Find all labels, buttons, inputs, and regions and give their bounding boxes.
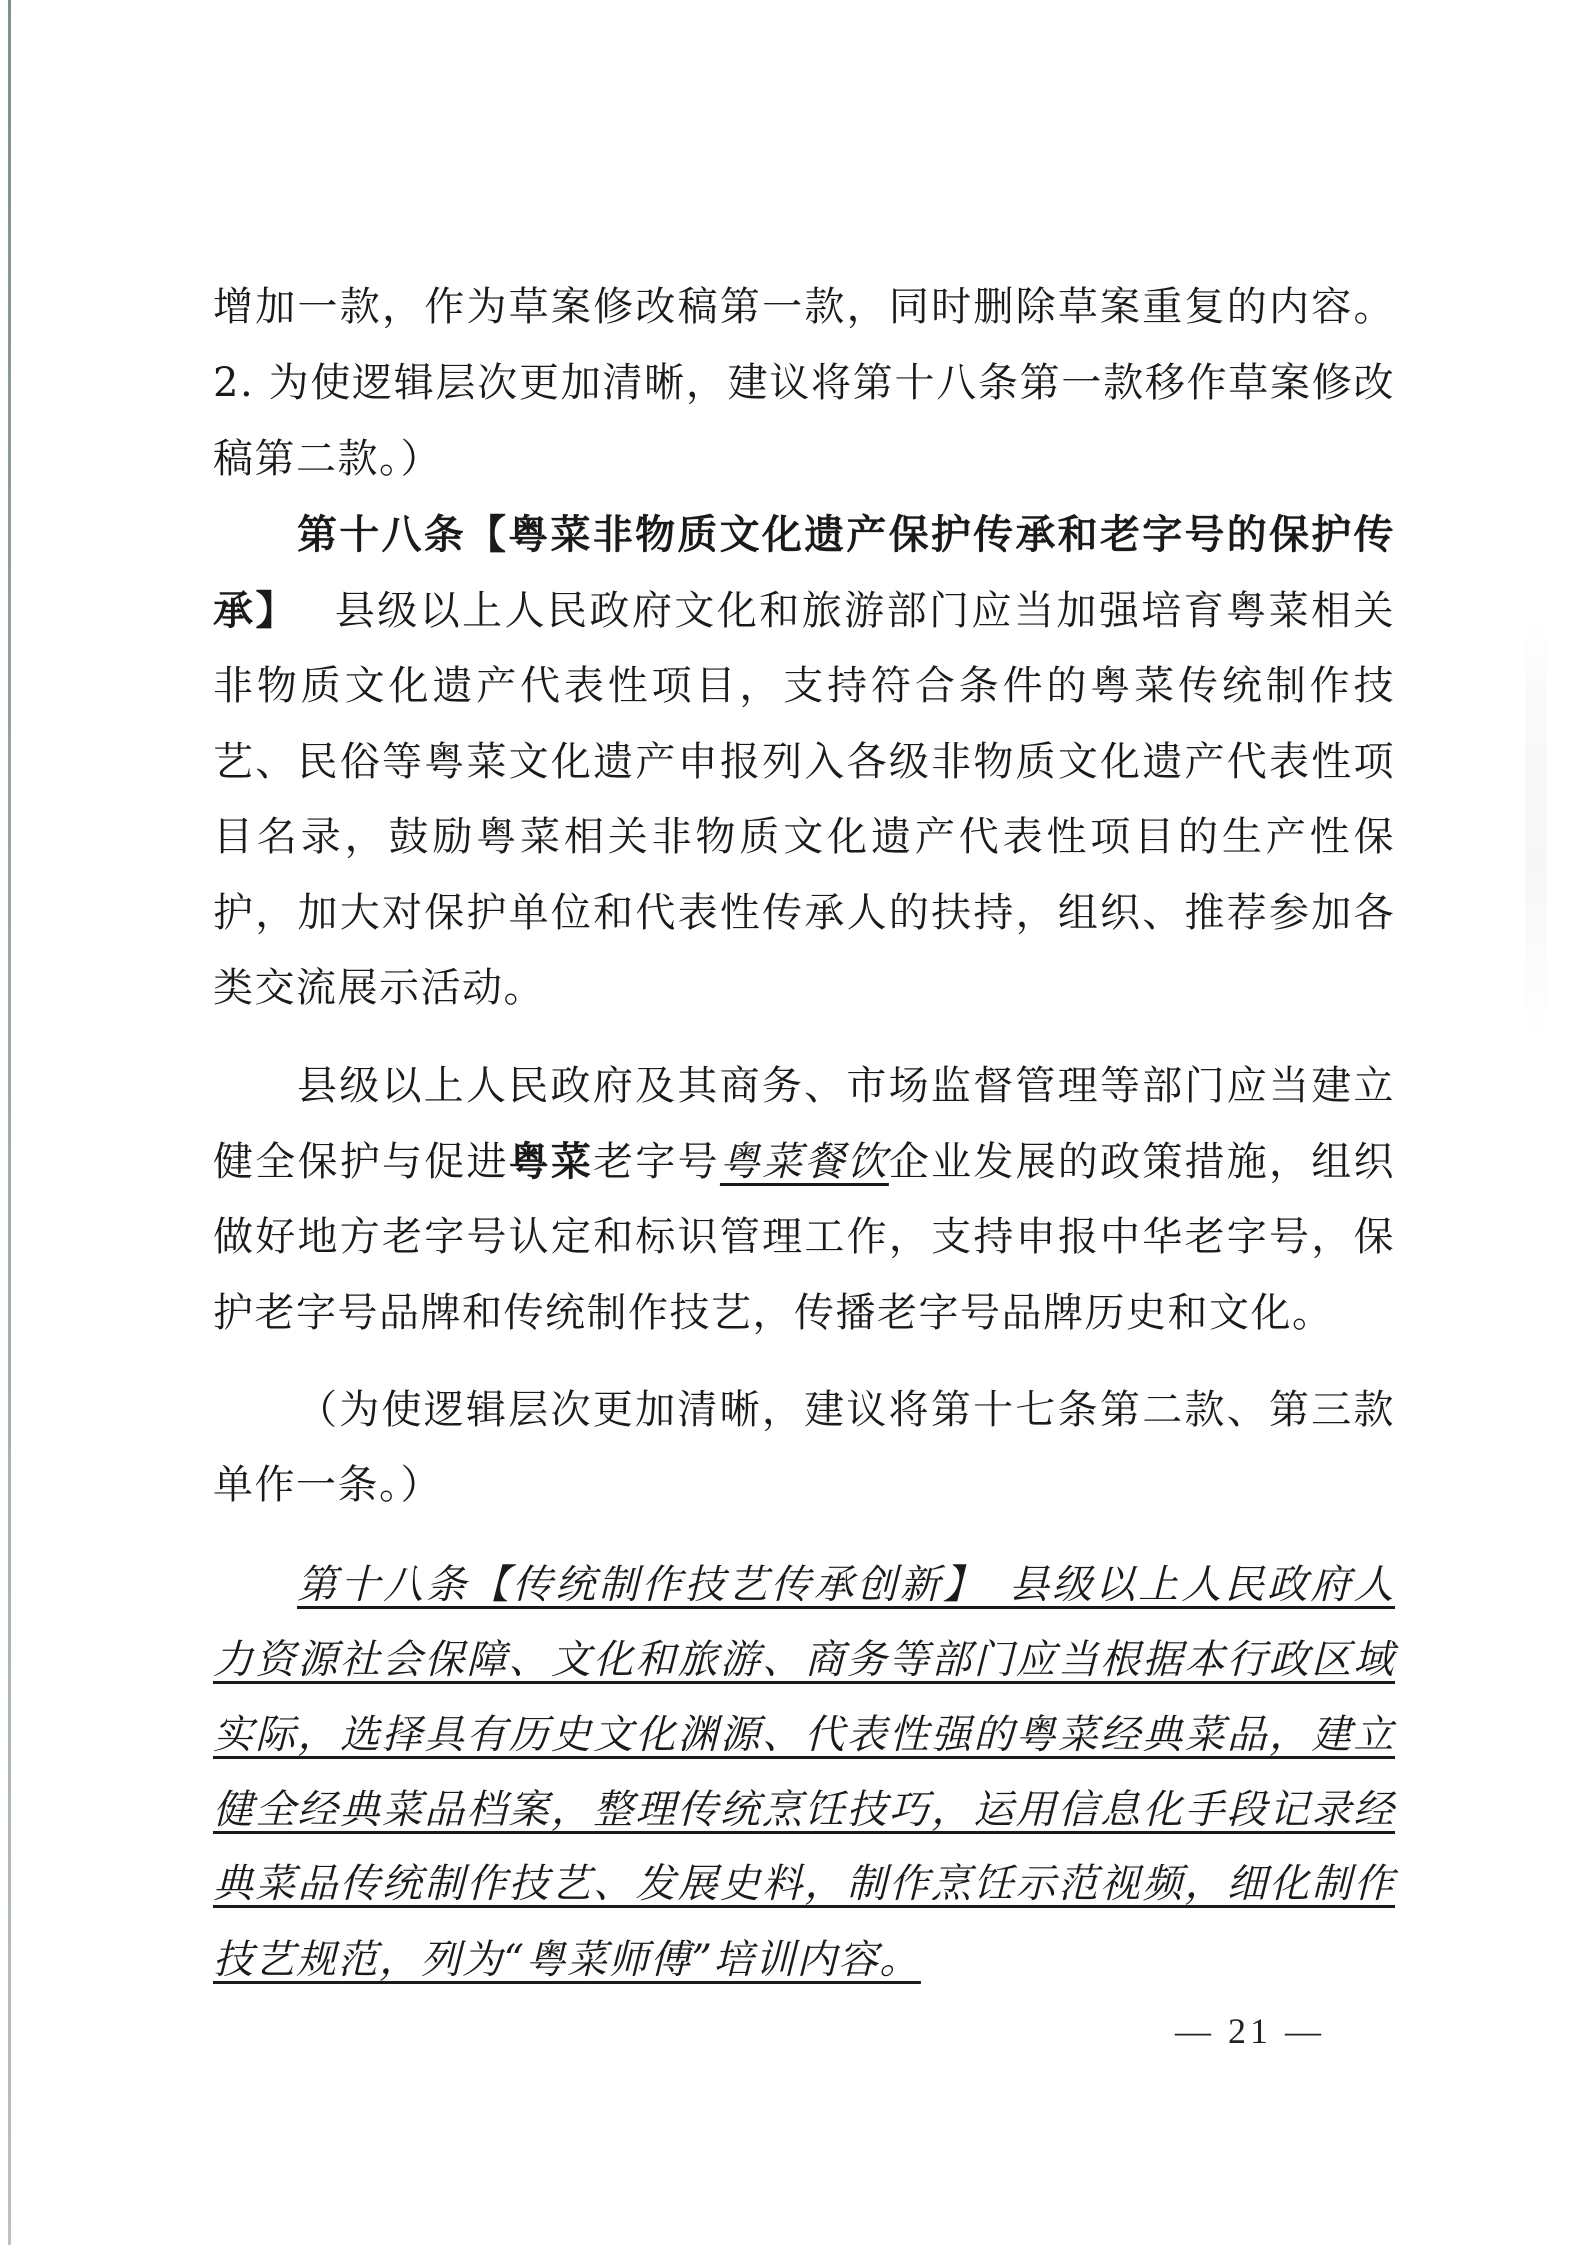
article-18-line-5: 目名录，鼓励粤菜相关非物质文化遗产代表性项目的生产性保	[213, 799, 1395, 875]
binding-edge-line	[8, 0, 11, 2245]
new-article-18-heading: 第十八条【传统制作技艺传承创新】 县级以上人民政府人	[297, 1562, 1395, 1608]
paragraph-3-line-4: 护老字号品牌和传统制作技艺，传播老字号品牌历史和文化。	[213, 1275, 1395, 1351]
note-continuation-line-2: 2. 为使逻辑层次更加清晰，建议将第十八条第一款移作草案修改	[213, 345, 1395, 421]
paragraph-3-text-c: 企业发展的政策措施，组织	[889, 1139, 1395, 1185]
note-line-1: （为使逻辑层次更加清晰，建议将第十七条第二款、第三款	[213, 1372, 1395, 1448]
new-article-18-text: 典菜品传统制作技艺、发展史料，制作烹饪示范视频，细化制作	[213, 1861, 1395, 1907]
new-article-18-line-2: 力资源社会保障、文化和旅游、商务等部门应当根据本行政区域	[213, 1622, 1395, 1698]
new-article-18-line-3: 实际，选择具有历史文化渊源、代表性强的粤菜经典菜品，建立	[213, 1697, 1395, 1773]
article-18-heading-tail: 承】	[213, 588, 298, 634]
inserted-text: 粤菜餐饮	[720, 1139, 889, 1185]
paragraph-3-line-2: 健全保护与促进粤菜老字号粤菜餐饮企业发展的政策措施，组织	[213, 1124, 1395, 1200]
note-line-2: 单作一条。）	[213, 1447, 1395, 1523]
paragraph-3-line-3: 做好地方老字号认定和标识管理工作，支持申报中华老字号，保	[213, 1199, 1395, 1275]
paragraph-3-line-1: 县级以上人民政府及其商务、市场监督管理等部门应当建立	[213, 1048, 1395, 1124]
article-18-heading: 第十八条【粤菜非物质文化遗产保护传承和老字号的保护传	[213, 497, 1395, 573]
new-article-18-line-4: 健全经典菜品档案，整理传统烹饪技巧，运用信息化手段记录经	[213, 1772, 1395, 1848]
new-article-18-text: 实际，选择具有历史文化渊源、代表性强的粤菜经典菜品，建立	[213, 1712, 1395, 1758]
paragraph-3-text-a: 健全保护与促进	[213, 1139, 509, 1185]
article-18-line-2: 承】县级以上人民政府文化和旅游部门应当加强培育粤菜相关	[213, 573, 1395, 649]
article-18-line-7: 类交流展示活动。	[213, 950, 1395, 1026]
new-article-18-text: 技艺规范，列为“粤菜师傅”培训内容。	[213, 1937, 921, 1983]
new-article-18-text: 健全经典菜品档案，整理传统烹饪技巧，运用信息化手段记录经	[213, 1787, 1395, 1833]
bleed-through-shadow	[1525, 620, 1547, 1040]
deleted-text: 粤菜	[509, 1139, 593, 1185]
new-article-18-line-1: 第十八条【传统制作技艺传承创新】 县级以上人民政府人	[213, 1547, 1395, 1623]
paragraph-3-text-b: 老字号	[593, 1139, 720, 1185]
new-article-18-line-6: 技艺规范，列为“粤菜师傅”培训内容。	[213, 1922, 1395, 1998]
article-18-body-start: 县级以上人民政府文化和旅游部门应当加强培育粤菜相关	[334, 588, 1395, 634]
new-article-18-line-5: 典菜品传统制作技艺、发展史料，制作烹饪示范视频，细化制作	[213, 1846, 1395, 1922]
page-number: — 21 —	[1175, 2010, 1325, 2052]
note-continuation-line-1: 增加一款，作为草案修改稿第一款，同时删除草案重复的内容。	[213, 269, 1395, 345]
new-article-18-text: 力资源社会保障、文化和旅游、商务等部门应当根据本行政区域	[213, 1637, 1395, 1683]
article-18-line-6: 护，加大对保护单位和代表性传承人的扶持，组织、推荐参加各	[213, 875, 1395, 951]
article-18-line-3: 非物质文化遗产代表性项目，支持符合条件的粤菜传统制作技	[213, 648, 1395, 724]
article-18-line-4: 艺、民俗等粤菜文化遗产申报列入各级非物质文化遗产代表性项	[213, 724, 1395, 800]
note-continuation-line-3: 稿第二款。）	[213, 421, 1395, 497]
